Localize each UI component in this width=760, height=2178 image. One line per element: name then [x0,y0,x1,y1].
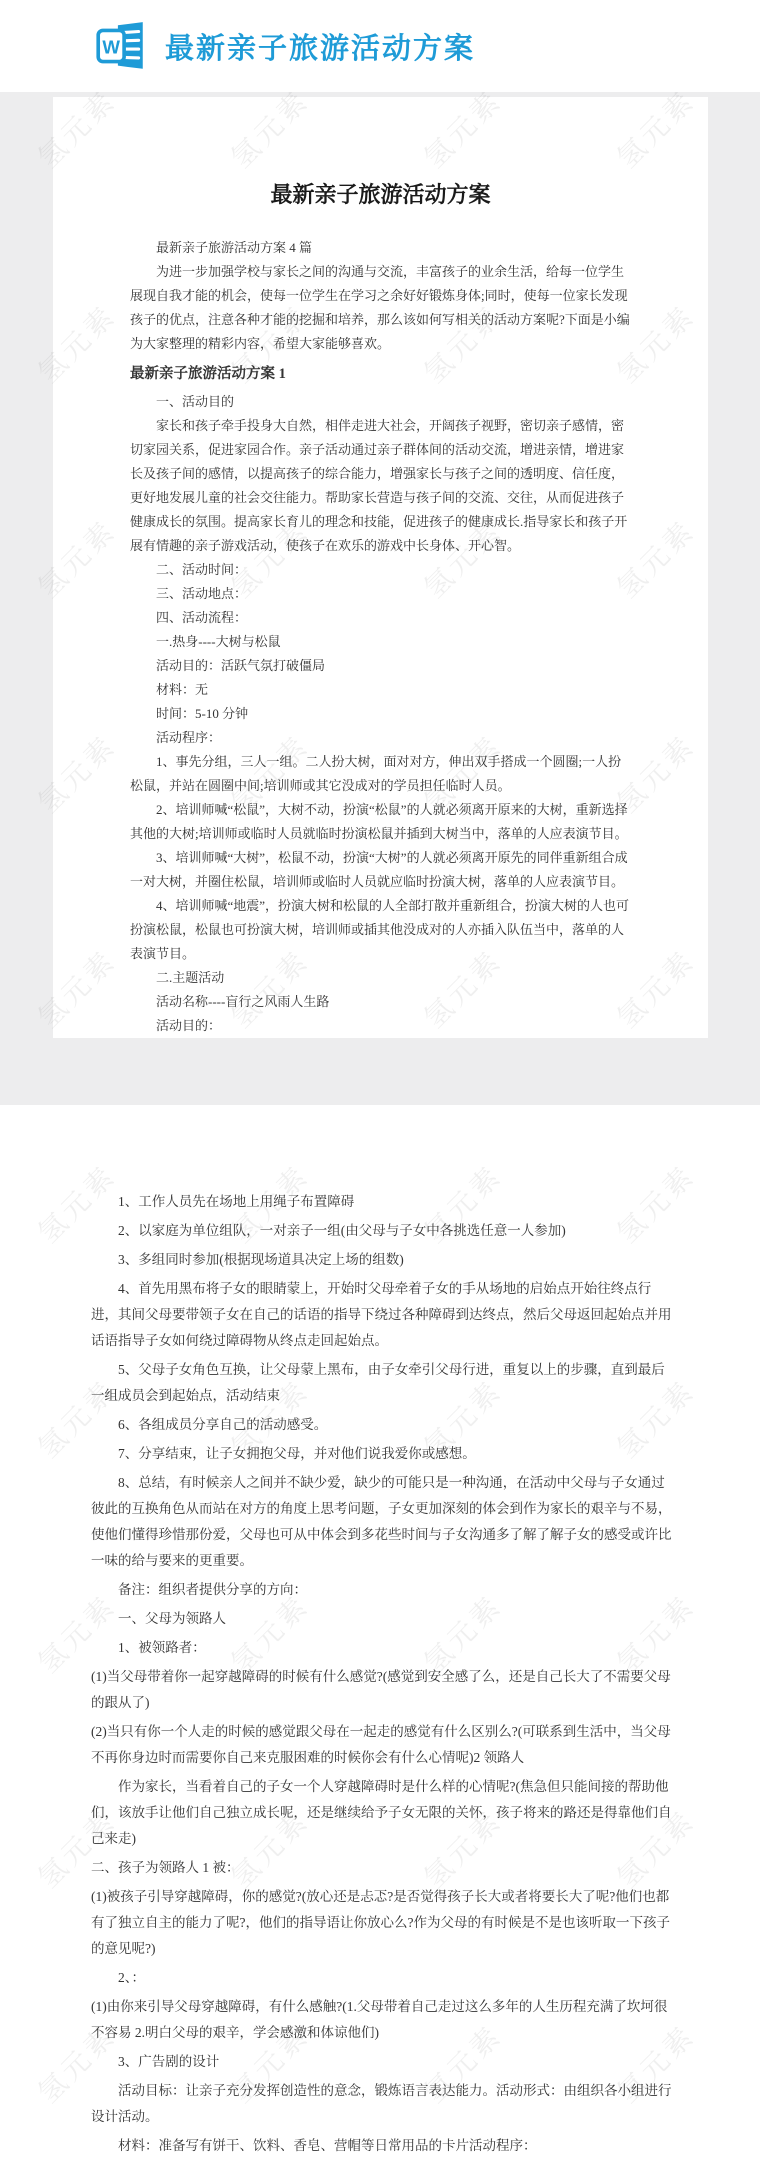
doc-paragraph: 活动程序： [130,726,631,750]
doc-paragraph: 二、活动时间： [130,558,631,582]
doc-paragraph: 一.热身----大树与松鼠 [130,630,631,654]
doc-paragraph: 3、多组同时参加(根据现场道具决定上场的组数) [91,1247,676,1273]
doc-paragraph: 活动目标：让亲子充分发挥创造性的意念，锻炼语言表达能力。活动形式：由组织各小组进… [91,2078,676,2130]
doc-paragraph: 1、被领路者： [91,1635,676,1661]
doc-paragraph: 为进一步加强学校与家长之间的沟通与交流，丰富孩子的业余生活，给每一位学生展现自我… [130,260,631,356]
doc-paragraph: 8、总结，有时候亲人之间并不缺少爱，缺少的可能只是一种沟通，在活动中父母与子女通… [91,1470,676,1574]
doc-paragraph: 作为家长，当看着自己的子女一个人穿越障碍时是什么样的心情呢?(焦急但只能间接的帮… [91,1774,676,1852]
doc-paragraph: 活动目的： [130,1014,631,1038]
doc-page2-body: 1、工作人员先在场地上用绳子布置障碍2、以家庭为单位组队，一对亲子一组(由父母与… [91,1189,676,2159]
doc-paragraph: (2)当只有你一个人走的时候的感觉跟父母在一起走的感觉有什么区别么?(可联系到生… [91,1719,676,1771]
doc-paragraph: 6、各组成员分享自己的活动感受。 [91,1412,676,1438]
doc-paragraph: 3、培训师喊“大树”，松鼠不动，扮演“大树”的人就必须离开原先的同伴重新组合成一… [130,846,631,894]
doc-paragraph: 活动目的：活跃气氛打破僵局 [130,654,631,678]
doc-paragraph: 1、事先分组，三人一组。二人扮大树，面对对方，伸出双手搭成一个圆圈;一人扮松鼠，… [130,750,631,798]
doc-paragraph: 最新亲子旅游活动方案 1 [130,362,631,386]
doc-page-1: 最新亲子旅游活动方案 最新亲子旅游活动方案 4 篇为进一步加强学校与家长之间的沟… [53,97,708,1038]
doc-paragraph: (1)由你来引导父母穿越障碍，有什么感触?(1.父母带着自己走过这么多年的人生历… [91,1994,676,2046]
doc-paragraph: 一、父母为领路人 [91,1606,676,1632]
word-doc-icon[interactable]: W [92,17,150,75]
doc-paragraph: 时间：5-10 分钟 [130,702,631,726]
doc-paragraph: 2、以家庭为单位组队，一对亲子一组(由父母与子女中各挑选任意一人参加) [91,1218,676,1244]
doc-paragraph: 三、活动地点： [130,582,631,606]
doc-paragraph: 2、培训师喊“松鼠”，大树不动，扮演“松鼠”的人就必须离开原来的大树，重新选择其… [130,798,631,846]
doc-paragraph: 最新亲子旅游活动方案 4 篇 [130,236,631,260]
doc-paragraph: 2、： [91,1965,676,1991]
doc-paragraph: 4、培训师喊“地震”，扮演大树和松鼠的人全部打散并重新组合，扮演大树的人也可扮演… [130,894,631,966]
doc-paragraph: 7、分享结束，让子女拥抱父母，并对他们说我爱你或感想。 [91,1441,676,1467]
doc-page-2: 1、工作人员先在场地上用绳子布置障碍2、以家庭为单位组队，一对亲子一组(由父母与… [0,1105,760,2159]
doc-paragraph: 5、父母子女角色互换，让父母蒙上黑布，由子女牵引父母行进，重复以上的步骤，直到最… [91,1357,676,1409]
doc-paragraph: 二.主题活动 [130,966,631,990]
doc-paragraph: 家长和孩子牵手投身大自然，相伴走进大社会，开阔孩子视野，密切亲子感情，密切家园关… [130,414,631,558]
site-header: W 最新亲子旅游活动方案 [0,0,760,92]
doc-paragraph: 4、首先用黑布将子女的眼睛蒙上，开始时父母牵着子女的手从场地的启始点开始往终点行… [91,1276,676,1354]
preview-area: 最新亲子旅游活动方案 最新亲子旅游活动方案 4 篇为进一步加强学校与家长之间的沟… [0,92,760,1105]
doc-paragraph: 四、活动流程： [130,606,631,630]
doc-paragraph: 3、广告剧的设计 [91,2049,676,2075]
doc-title: 最新亲子旅游活动方案 [130,179,631,210]
doc-paragraph: 1、工作人员先在场地上用绳子布置障碍 [91,1189,676,1215]
doc-paragraph: (1)被孩子引导穿越障碍，你的感觉?(放心还是忐忑?是否觉得孩子长大或者将要长大… [91,1884,676,1962]
site-title[interactable]: 最新亲子旅游活动方案 [165,26,475,67]
doc-paragraph: 材料：无 [130,678,631,702]
doc-paragraph: 材料：准备写有饼干、饮料、香皂、营帽等日常用品的卡片活动程序： [91,2133,676,2159]
doc-paragraph: 一、活动目的 [130,390,631,414]
doc-paragraph: 二、孩子为领路人 1 被： [91,1855,676,1881]
doc-paragraph: (1)当父母带着你一起穿越障碍的时候有什么感觉?(感觉到安全感了么，还是自己长大… [91,1664,676,1716]
svg-text:W: W [102,36,120,57]
doc-paragraph: 备注：组织者提供分享的方向： [91,1577,676,1603]
doc-page1-body: 最新亲子旅游活动方案 4 篇为进一步加强学校与家长之间的沟通与交流，丰富孩子的业… [130,236,631,1038]
doc-paragraph: 活动名称----盲行之风雨人生路 [130,990,631,1014]
